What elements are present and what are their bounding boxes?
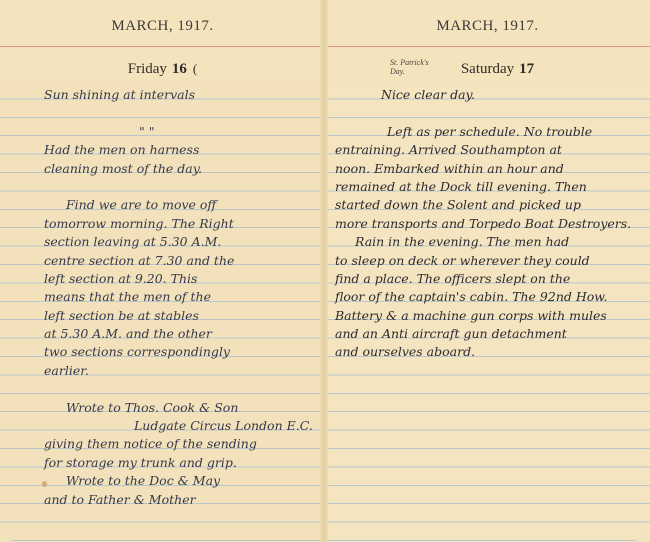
- entry-line: tomorrow morning. The Right: [44, 215, 325, 233]
- entry-line: two sections correspondingly: [44, 343, 325, 361]
- entry-line: Wrote to the Doc & May: [44, 472, 325, 490]
- entry-line: at 5.30 A.M. and the other: [44, 325, 325, 343]
- entry-line: section leaving at 5.30 A.M.: [44, 233, 325, 251]
- red-margin-rule: [0, 46, 325, 47]
- day-heading: Friday16(: [0, 61, 325, 78]
- entry-line: Nice clear day.: [365, 86, 650, 104]
- entry-line: [44, 178, 325, 196]
- diary-spread: MARCH, 1917. Friday16( Sun shining at in…: [0, 0, 650, 542]
- day-number: 16: [172, 61, 187, 77]
- entry-line: left section at 9.20. This: [44, 270, 325, 288]
- entry-line: and an Anti aircraft gun detachment: [335, 325, 650, 343]
- entry-line: Ludgate Circus London E.C.: [44, 417, 325, 435]
- entry-line: find a place. The officers slept on the: [335, 270, 650, 288]
- red-margin-rule: [325, 46, 650, 47]
- moon-phase-icon: (: [193, 61, 197, 76]
- entry-line: " ": [44, 123, 325, 141]
- entry-line: [44, 380, 325, 398]
- entry-line: earlier.: [44, 362, 325, 380]
- entry-line: left section be at stables: [44, 307, 325, 325]
- entry-line: Battery & a machine gun corps with mules: [335, 307, 650, 325]
- entry-line: Sun shining at intervals: [44, 86, 325, 104]
- entry-line: [365, 104, 650, 122]
- diary-entry: Nice clear day. Left as per schedule. No…: [365, 86, 650, 362]
- right-page: MARCH, 1917. St. Patrick's Day. Saturday…: [325, 0, 650, 542]
- entry-line: giving them notice of the sending: [44, 435, 325, 453]
- entry-line: remained at the Dock till evening. Then: [335, 178, 650, 196]
- diary-entry: Sun shining at intervals " " Had the men…: [44, 86, 325, 509]
- entry-line: more transports and Torpedo Boat Destroy…: [335, 215, 650, 233]
- ink-stain: [42, 481, 47, 487]
- entry-line: entraining. Arrived Southampton at: [335, 141, 650, 159]
- entry-line: centre section at 7.30 and the: [44, 252, 325, 270]
- left-page: MARCH, 1917. Friday16( Sun shining at in…: [0, 0, 325, 542]
- entry-line: noon. Embarked within an hour and: [335, 160, 650, 178]
- entry-line: to sleep on deck or wherever they could: [335, 252, 650, 270]
- entry-line: cleaning most of the day.: [44, 160, 325, 178]
- entry-line: Wrote to Thos. Cook & Son: [44, 399, 325, 417]
- day-name: Friday: [128, 61, 167, 77]
- book-gutter: [320, 0, 328, 542]
- month-header: MARCH, 1917.: [0, 18, 325, 35]
- day-name: Saturday: [461, 61, 514, 77]
- entry-line: floor of the captain's cabin. The 92nd H…: [335, 288, 650, 306]
- entry-line: for storage my trunk and grip.: [44, 454, 325, 472]
- entry-line: Left as per schedule. No trouble: [365, 123, 650, 141]
- day-number: 17: [519, 61, 534, 77]
- entry-line: and ourselves aboard.: [335, 343, 650, 361]
- entry-line: and to Father & Mother: [44, 491, 325, 509]
- entry-line: [44, 104, 325, 122]
- month-header: MARCH, 1917.: [325, 18, 650, 35]
- entry-line: Had the men on harness: [44, 141, 325, 159]
- entry-line: Find we are to move off: [44, 196, 325, 214]
- day-heading: Saturday17: [325, 61, 650, 78]
- entry-line: started down the Solent and picked up: [335, 196, 650, 214]
- entry-line: Rain in the evening. The men had: [355, 233, 650, 251]
- entry-line: means that the men of the: [44, 288, 325, 306]
